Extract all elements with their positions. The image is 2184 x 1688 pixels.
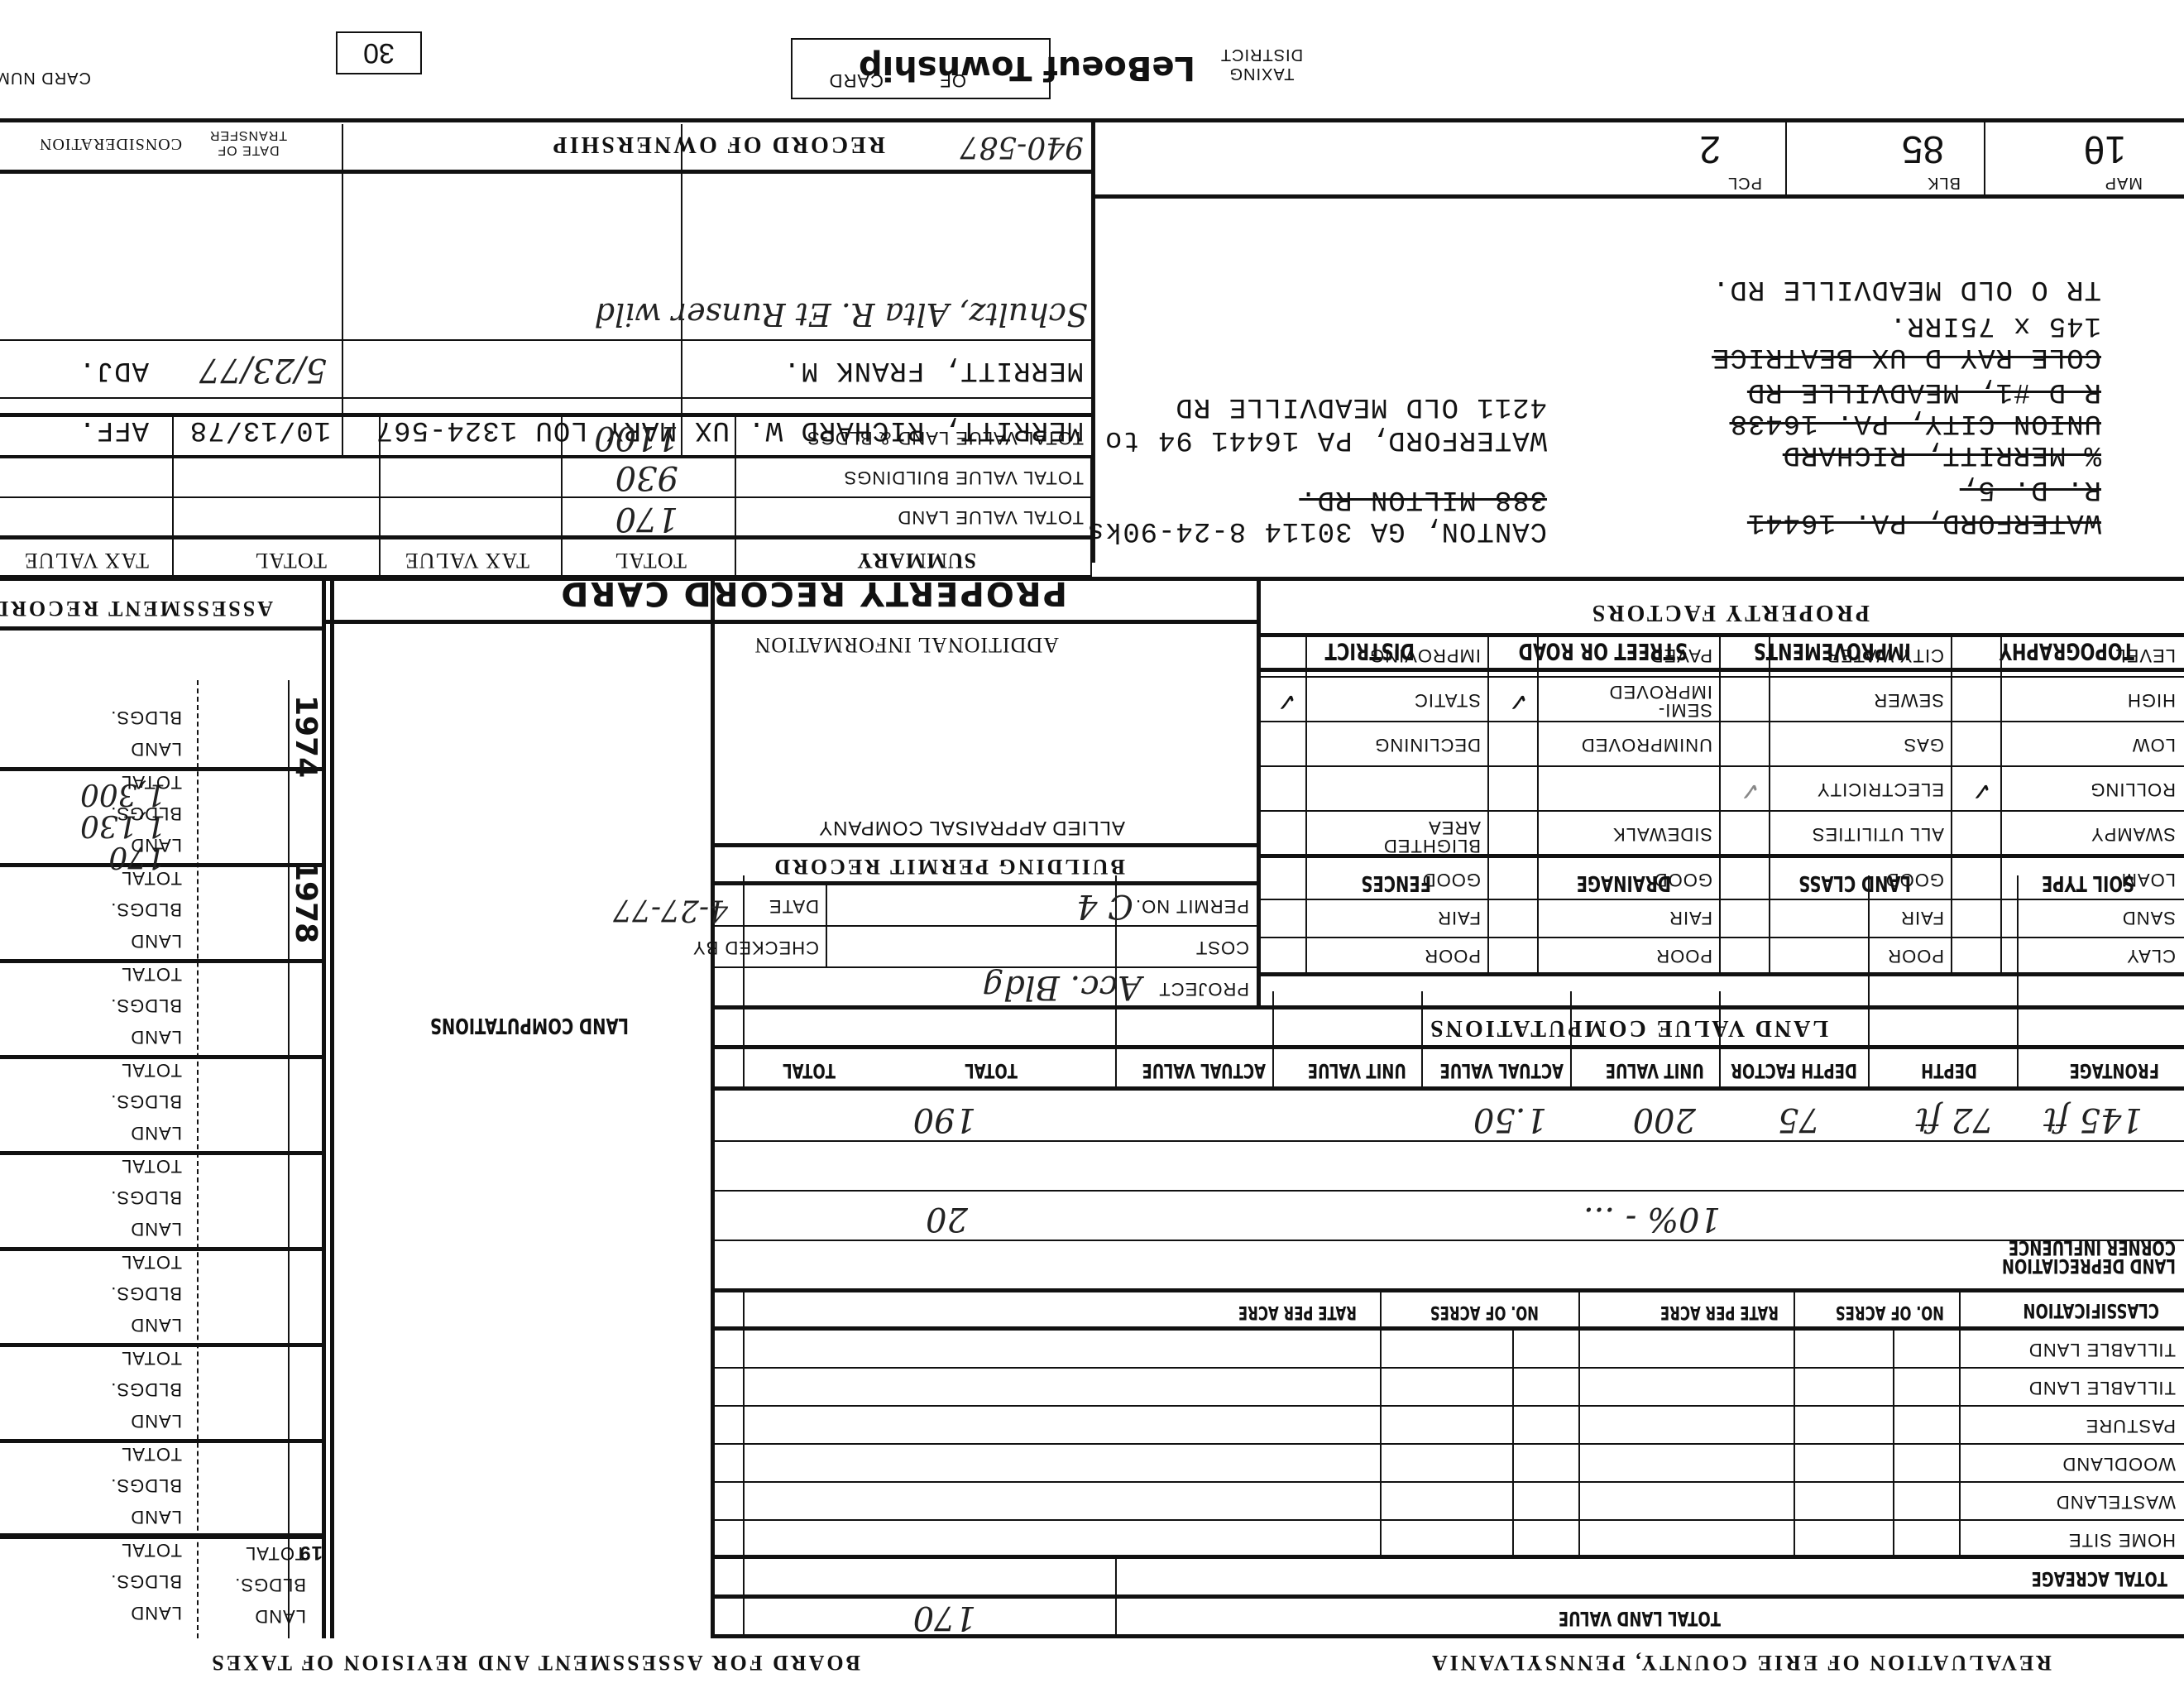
divider: [0, 626, 323, 631]
summary-land-total: 170: [615, 500, 678, 538]
divider: [711, 925, 1257, 927]
divider: [1537, 633, 1539, 856]
divider: [2000, 633, 2002, 856]
blk-value: 85: [1902, 127, 1944, 172]
divider: [1719, 991, 1721, 1091]
divider: [1951, 819, 1952, 976]
divider: [1959, 1292, 1961, 1559]
divider: [323, 620, 1257, 624]
divider: [1537, 858, 1539, 976]
divider: [1487, 819, 1489, 976]
divider: [1115, 1559, 1117, 1638]
divider: [1769, 633, 1770, 856]
land-value-rows: 145 ft 72 ft 75 200 1.50 190: [711, 1091, 2184, 1192]
frontage-value: 145 ft: [2043, 1101, 2143, 1139]
parcel-row: MAP 1θ BLK 85 PCL 2: [1092, 122, 2184, 197]
divider: [1257, 937, 2184, 938]
actual-value: 1.50: [1473, 1101, 1547, 1139]
unit-value: 200: [1633, 1101, 1696, 1139]
depth-value: 72 ft: [1916, 1101, 1995, 1139]
divider: [2000, 858, 2002, 976]
divider: [379, 417, 381, 579]
depreciation-note: 10% - ...: [1583, 1200, 1721, 1238]
divider: [1257, 854, 2184, 858]
divider: [711, 1240, 2184, 1241]
divider: [1785, 122, 1787, 197]
divider: [711, 1326, 2184, 1331]
total-land-value: 170: [913, 1599, 976, 1637]
pcl-value: 2: [1699, 127, 1721, 172]
divider: [1257, 765, 2184, 767]
divider: [711, 881, 1257, 885]
divider: [1305, 858, 1307, 976]
summary-buildings-total: 930: [615, 458, 678, 496]
card-title: PROPERTY RECORD CARD: [559, 574, 1067, 612]
ref-number: 940-587: [960, 130, 1084, 164]
divider: [1769, 858, 1770, 976]
divider: [1868, 875, 1870, 1091]
divider: [0, 339, 1092, 341]
divider: [826, 885, 827, 968]
check-semi-improved[interactable]: ✓: [1508, 687, 1529, 716]
divider: [1257, 899, 2184, 900]
land-computations-title: LAND COMPUTATIONS: [430, 1013, 629, 1038]
additional-info: ADDITIONAL INFORMATION PROPERTY RECORD C…: [323, 579, 1257, 819]
check-static[interactable]: ✓: [1276, 687, 1297, 716]
ownership-section: 940-587 RECORD OF OWNERSHIP DATE OF TRAN…: [0, 124, 1092, 281]
land-total: 190: [913, 1101, 976, 1139]
divider: [711, 1519, 2184, 1521]
divider: [0, 170, 1092, 174]
card-number-label: CARD NUMBER: [0, 69, 91, 87]
divider: [711, 1481, 2184, 1483]
board-title: BOARD FOR ASSESSMENT AND REVISION OF TAX…: [209, 1650, 860, 1675]
divider: [1305, 633, 1307, 856]
permit-date: 4-27-77: [613, 893, 728, 927]
land-value-header: FRONTAGE DEPTH DEPTH FACTOR UNIT VALUE A…: [711, 1049, 2184, 1091]
classification-grid: TOTAL LAND VALUE 170 TOTAL ACREAGE HOME …: [711, 1291, 2184, 1638]
divider: [1893, 1331, 1894, 1559]
divider: [711, 843, 1257, 847]
permit-number: C 4: [1076, 887, 1133, 925]
land-value-title: LAND VALUE COMPUTATIONS: [1428, 1014, 1828, 1041]
divider: [1257, 972, 2184, 976]
divider: [1257, 721, 2184, 722]
revaluation-title: REVALUATION OF ERIE COUNTY, PENNSYLVANIA: [1430, 1650, 2052, 1675]
divider: [735, 417, 736, 579]
divider: [330, 579, 334, 1638]
divider: [711, 1140, 2184, 1142]
divider: [711, 1288, 2184, 1292]
divider: [172, 417, 174, 579]
depreciation-rows: LAND DEPRECIATION 10% - ... 20: [711, 1192, 2184, 1291]
divider: [1092, 194, 2184, 199]
divider: [1380, 1292, 1382, 1559]
box-number: 30: [336, 31, 422, 74]
property-record-card: CARD NUMBER CARD OF TAXING DISTRICT LeBo…: [0, 0, 2184, 1688]
divider: [1421, 991, 1423, 1091]
check-rolling[interactable]: ✓: [1971, 776, 1992, 805]
divider: [1570, 991, 1572, 1091]
summary-grand-total: 1100: [594, 419, 678, 457]
divider: [0, 496, 1092, 498]
divider: [561, 417, 563, 579]
taxing-district-value: LeBoeuf Township: [859, 49, 1195, 87]
divider: [0, 535, 1092, 539]
divider: [711, 1405, 2184, 1407]
divider: [1794, 1292, 1795, 1559]
permit-project: Acc. Bldg: [982, 968, 1142, 1006]
owner-row-1: Schultz, Alta R. Et Runser wild: [595, 296, 1088, 333]
divider: [711, 1555, 2184, 1559]
taxing-district-label: TAXING DISTRICT: [1212, 45, 1311, 83]
divider: [342, 124, 343, 281]
divider: [1512, 1331, 1514, 1559]
ownership-title: RECORD OF OWNERSHIP: [551, 131, 885, 157]
divider: [711, 1367, 2184, 1369]
divider: [1257, 810, 2184, 812]
divider: [743, 1291, 745, 1638]
check-electricity[interactable]: ✓: [1740, 776, 1760, 805]
depreciation-amount: 20: [926, 1200, 968, 1238]
summary-grid: SUMMARY TOTAL TAX VALUE TOTAL TAX VALUE …: [0, 381, 1092, 579]
divider: [1719, 819, 1721, 976]
depth-factor-value: 75: [1778, 1101, 1820, 1139]
divider: [0, 457, 1092, 458]
divider: [1257, 676, 2184, 678]
divider: [0, 413, 1092, 417]
assessment-labels: LAND BLDGS. TOTAL LAND BLDGS. TOTAL LAND…: [0, 687, 314, 1630]
divider: [1578, 1292, 1580, 1559]
divider: [1272, 991, 1274, 1091]
divider: [1984, 122, 1985, 197]
divider: [711, 1443, 2184, 1445]
map-value: 1θ: [2084, 127, 2126, 172]
building-permit: PROJECT Acc. Bldg COST CHECKED BY PERMIT…: [711, 819, 1257, 1009]
factor-rows: SWAMPY ALL UTILITIES SIDEWALK BLIGHTED A…: [1257, 633, 2184, 856]
divider: [2017, 875, 2019, 1091]
